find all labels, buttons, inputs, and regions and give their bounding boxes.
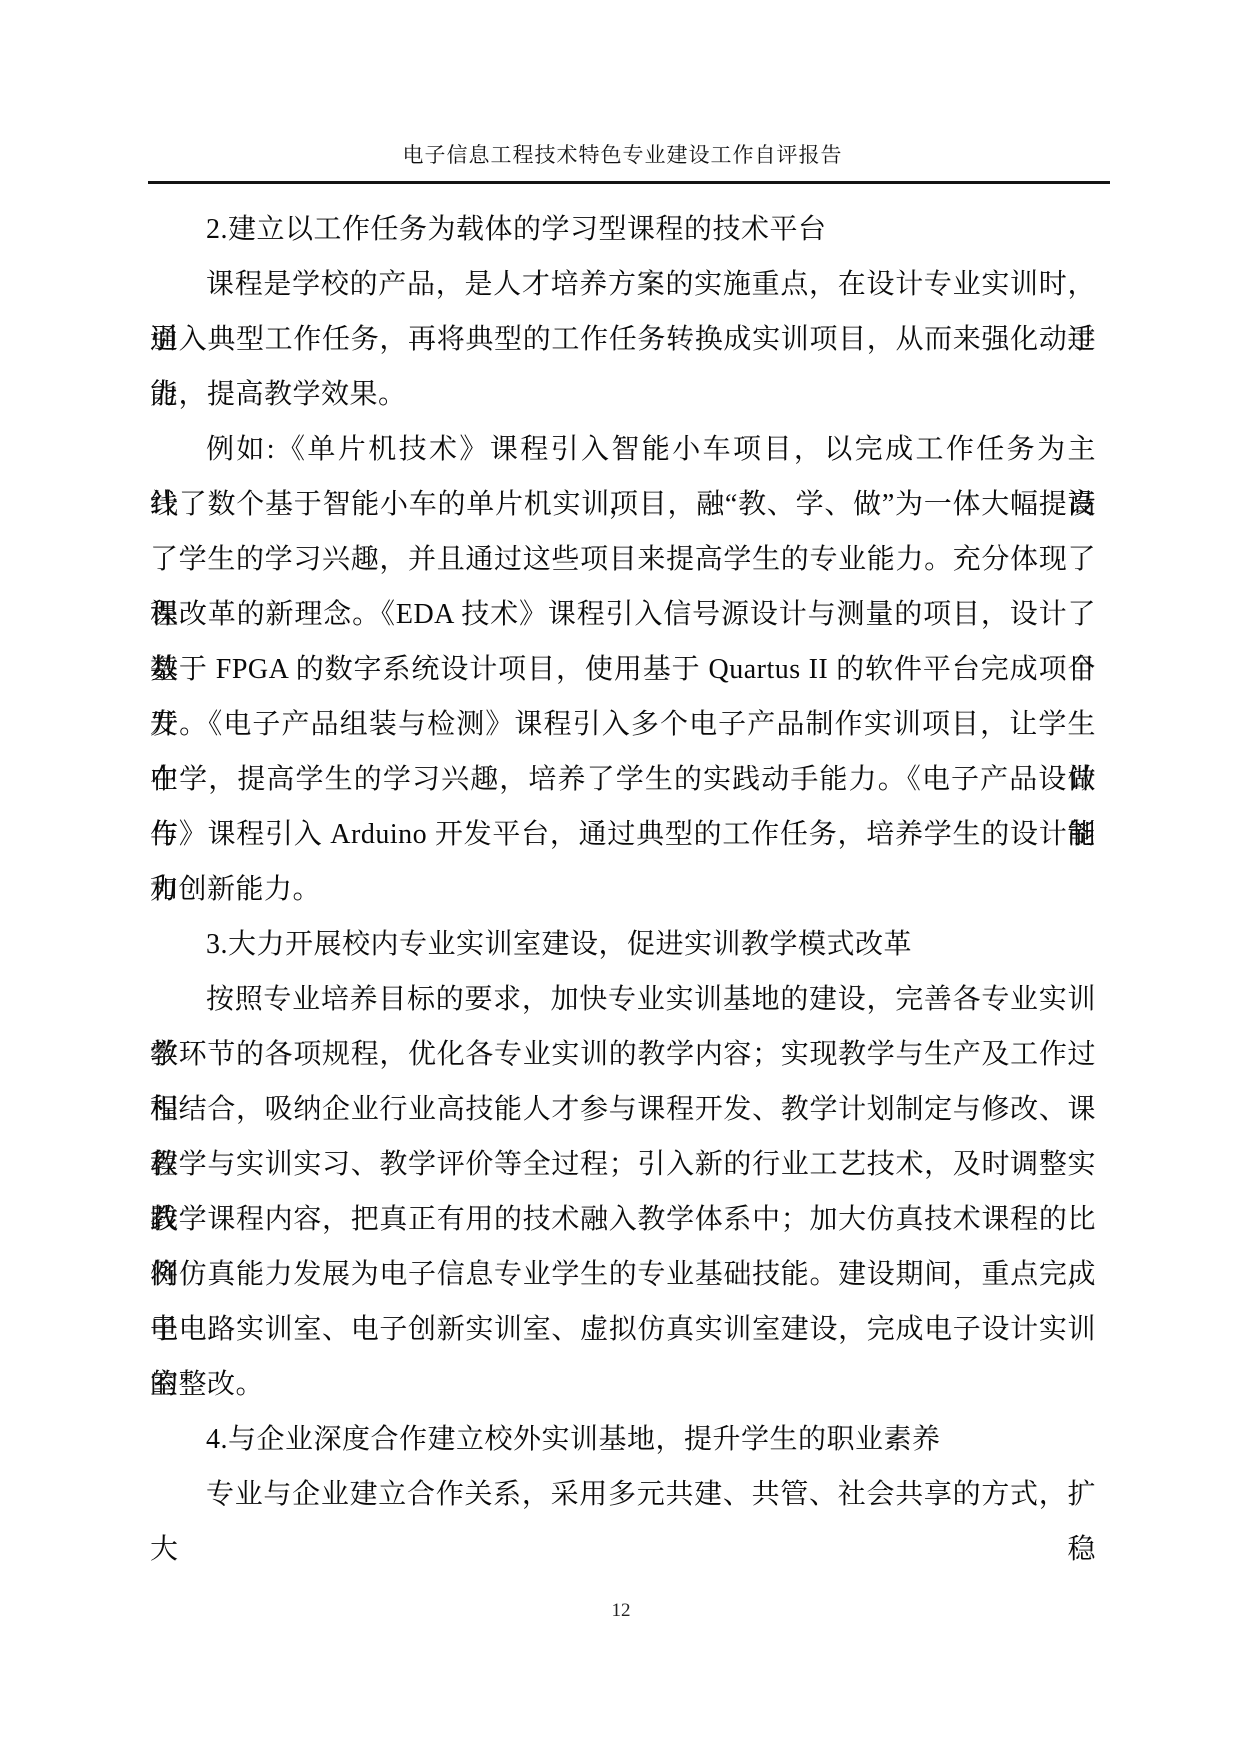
- body-line: 作》课程引入 Arduino 开发平台，通过典型的工作任务，培养学生的设计能力: [150, 807, 1096, 862]
- body-line: 教学课程内容，把真正有用的技术融入教学体系中；加大仿真技术课程的比例，: [150, 1192, 1096, 1247]
- body-line: 的整改。: [150, 1357, 1096, 1412]
- body-line: 计了数个基于智能小车的单片机实训项目，融“教、学、做”为一体大幅提高: [150, 477, 1096, 532]
- body-line: 了学生的学习兴趣，并且通过这些项目来提高学生的专业能力。充分体现了课: [150, 532, 1096, 587]
- body-line: 专业与企业建立合作关系，采用多元共建、共管、社会共享的方式，扩大稳: [150, 1467, 1096, 1522]
- body-line: 和创新能力。: [150, 862, 1096, 917]
- section-heading: 2.建立以工作任务为载体的学习型课程的技术平台: [150, 202, 1096, 257]
- body-line: 将仿真能力发展为电子信息专业学生的专业基础技能。建设期间，重点完成电: [150, 1247, 1096, 1302]
- page-number: 12: [0, 1600, 1242, 1622]
- body-line: 子电路实训室、电子创新实训室、虚拟仿真实训室建设，完成电子设计实训室: [150, 1302, 1096, 1357]
- header-title: 电子信息工程技术特色专业建设工作自评报告: [150, 139, 1095, 169]
- body-line: 相结合，吸纳企业行业高技能人才参与课程开发、教学计划制定与修改、课程: [150, 1082, 1096, 1137]
- header-rule: [148, 181, 1110, 184]
- body-line: 学环节的各项规程，优化各专业实训的教学内容；实现教学与生产及工作过程: [150, 1027, 1096, 1082]
- section-heading: 3.大力开展校内专业实训室建设，促进实训教学模式改革: [150, 917, 1096, 972]
- body-line: 教学与实训实习、教学评价等全过程；引入新的行业工艺技术，及时调整实践: [150, 1137, 1096, 1192]
- body-line: 例如:《单片机技术》课程引入智能小车项目，以完成工作任务为主线，设: [150, 422, 1096, 477]
- document-page: 电子信息工程技术特色专业建设工作自评报告 2.建立以工作任务为载体的学习型课程的…: [0, 0, 1242, 1755]
- section-heading: 4.与企业深度合作建立校外实训基地，提升学生的职业素养: [150, 1412, 1096, 1467]
- body-line: 力，提高教学效果。: [150, 367, 1096, 422]
- body-line: 按照专业培养目标的要求，加快专业实训基地的建设，完善各专业实训教: [150, 972, 1096, 1027]
- document-body: 2.建立以工作任务为载体的学习型课程的技术平台 课程是学校的产品，是人才培养方案…: [150, 202, 1096, 1522]
- body-line: 程改革的新理念。《EDA 技术》课程引入信号源设计与测量的项目，设计了数个: [150, 587, 1096, 642]
- body-line: 引入典型工作任务，再将典型的工作任务转换成实训项目，从而来强化动手能: [150, 312, 1096, 367]
- body-line: 中学，提高学生的学习兴趣，培养了学生的实践动手能力。《电子产品设计与制: [150, 752, 1096, 807]
- body-line: 发。《电子产品组装与检测》课程引入多个电子产品制作实训项目，让学生在做: [150, 697, 1096, 752]
- body-line: 基于 FPGA 的数字系统设计项目，使用基于 Quartus II 的软件平台完…: [150, 642, 1096, 697]
- body-line: 课程是学校的产品，是人才培养方案的实施重点，在设计专业实训时，通过: [150, 257, 1096, 312]
